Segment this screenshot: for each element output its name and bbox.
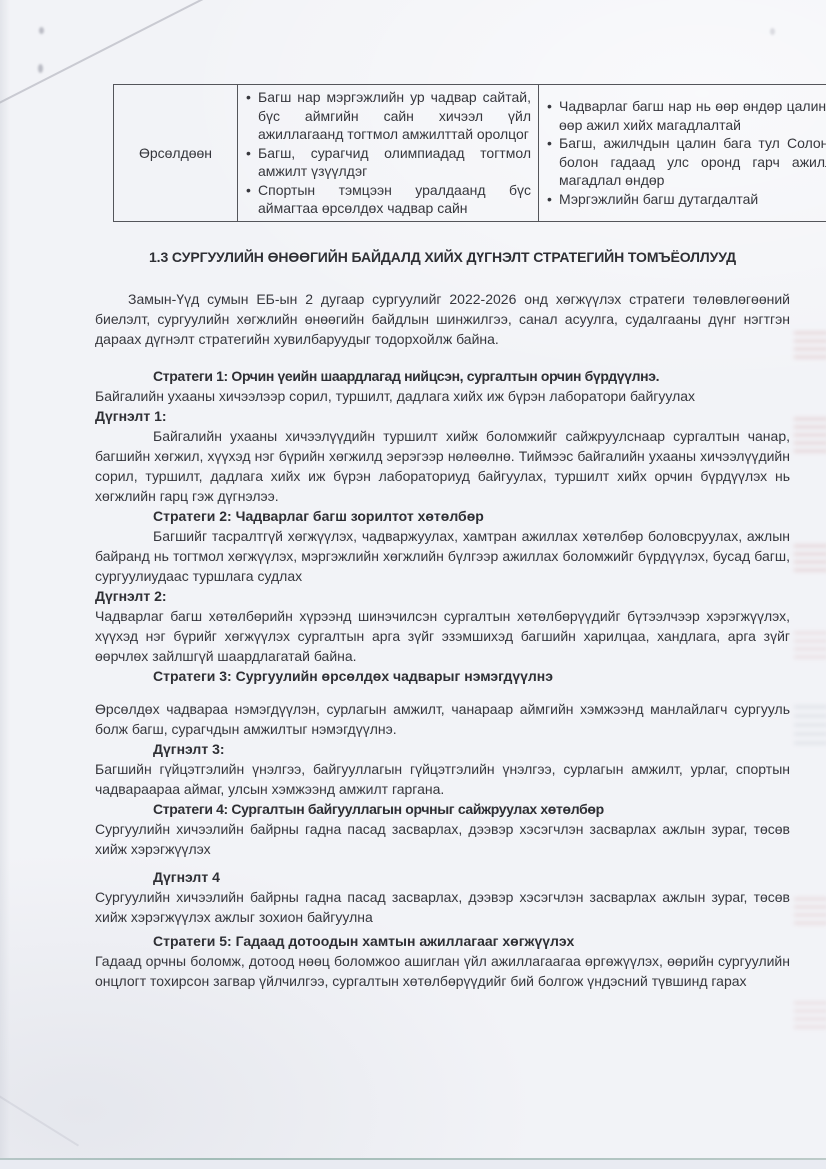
row-header-cell: Өрсөлдөөн: [114, 85, 238, 222]
conclusion-1-text: Байгалийн ухааны хичээлүүдийн туршилт хи…: [95, 426, 790, 506]
conclusion-2-label: Дүгнэлт 2:: [95, 586, 790, 606]
row-header-label: Өрсөлдөөн: [139, 145, 212, 161]
strengths-cell: Багш нар мэргэжлийн ур чадвар сайтай, бү…: [238, 85, 539, 222]
swot-table: Өрсөлдөөн Багш нар мэргэжлийн ур чадвар …: [113, 84, 826, 222]
weaknesses-cell: Чадварлаг багш нар нь өөр өндөр цалинтай…: [539, 85, 826, 222]
document-content: Өрсөлдөөн Багш нар мэргэжлийн ур чадвар …: [95, 84, 790, 991]
section-heading: 1.3 СУРГУУЛИЙН ӨНӨӨГИЙН БАЙДАЛД ХИЙХ ДҮГ…: [95, 247, 790, 267]
ink-bleed-mark: [794, 545, 826, 571]
next-page-edge: [0, 1160, 826, 1169]
strategy-2-text: Багшийг тасралтгүй хөгжүүлэх, чадваржуул…: [95, 526, 790, 586]
weaknesses-list: Чадварлаг багш нар нь өөр өндөр цалинтай…: [546, 97, 826, 208]
conclusion-4-label: Дүгнэлт 4: [95, 867, 790, 887]
strategy-3-text: Өрсөлдөх чадвараа нэмэгдүүлэн, сурлагын …: [95, 699, 790, 739]
list-item: Чадварлаг багш нар нь өөр өндөр цалинтай…: [546, 97, 826, 134]
paper-crease-mark: [0, 1065, 79, 1146]
ink-bleed-mark: [794, 898, 826, 928]
ink-bleed-mark: [794, 418, 826, 452]
list-item: Багш, сурагчид олимпиадад тогтмол амжилт…: [245, 144, 531, 181]
strategy-3-title: Стратеги 3: Сургуулийн өрсөлдөх чадварыг…: [95, 666, 790, 686]
strategy-2-title: Стратеги 2: Чадварлаг багш зорилтот хөтө…: [95, 506, 790, 526]
conclusion-4-text: Сургуулийн хичээлийн байрны гадна пасад …: [95, 887, 790, 927]
list-item: Багш, ажилчдын цалин бага тул Солонгос б…: [546, 134, 826, 190]
ink-speck: [38, 64, 43, 73]
ink-speck: [39, 27, 44, 34]
scanned-document-page: Өрсөлдөөн Багш нар мэргэжлийн ур чадвар …: [0, 0, 826, 1169]
ink-bleed-mark: [794, 1002, 826, 1028]
ink-bleed-mark: [794, 332, 826, 360]
conclusion-3-text: Багшийн гүйцэтгэлийн үнэлгээ, байгууллаг…: [95, 759, 790, 799]
intro-paragraph: Замын-Үүд сумын ЕБ-ын 2 дугаар сургуулий…: [95, 289, 790, 349]
strategy-5-title: Стратеги 5: Гадаад дотоодын хамтын ажилл…: [95, 931, 790, 951]
strategy-4-title: Стратеги 4: Сургалтын байгууллагын орчны…: [95, 799, 790, 819]
strengths-list: Багш нар мэргэжлийн ур чадвар сайтай, бү…: [245, 88, 531, 218]
strategy-1-title: Стратеги 1: Орчин үеийн шаардлагад нийцс…: [95, 366, 790, 386]
ink-bleed-mark: [794, 706, 826, 750]
table-row: Өрсөлдөөн Багш нар мэргэжлийн ур чадвар …: [114, 85, 826, 222]
list-item: Багш нар мэргэжлийн ур чадвар сайтай, бү…: [245, 88, 531, 144]
list-item: Мэргэжлийн багш дутагдалтай: [546, 190, 826, 209]
conclusion-2-text: Чадварлаг багш хөтөлбөрийн хүрээнд шинэч…: [95, 606, 790, 666]
ink-speck: [770, 28, 775, 35]
list-item: Спортын тэмцээн уралдаанд бүс аймагтаа ө…: [245, 181, 531, 218]
conclusion-3-label: Дүгнэлт 3:: [95, 739, 790, 759]
strategy-5-text: Гадаад орчны боломж, дотоод нөөц боломжо…: [95, 951, 790, 991]
strategy-1-note: Байгалийн ухааны хичээлээр сорил, туршил…: [95, 386, 790, 406]
conclusion-1-label: Дүгнэлт 1:: [95, 406, 790, 426]
strategy-4-text: Сургуулийн хичээлийн байрны гадна пасад …: [95, 819, 790, 859]
ink-bleed-mark: [794, 632, 826, 658]
